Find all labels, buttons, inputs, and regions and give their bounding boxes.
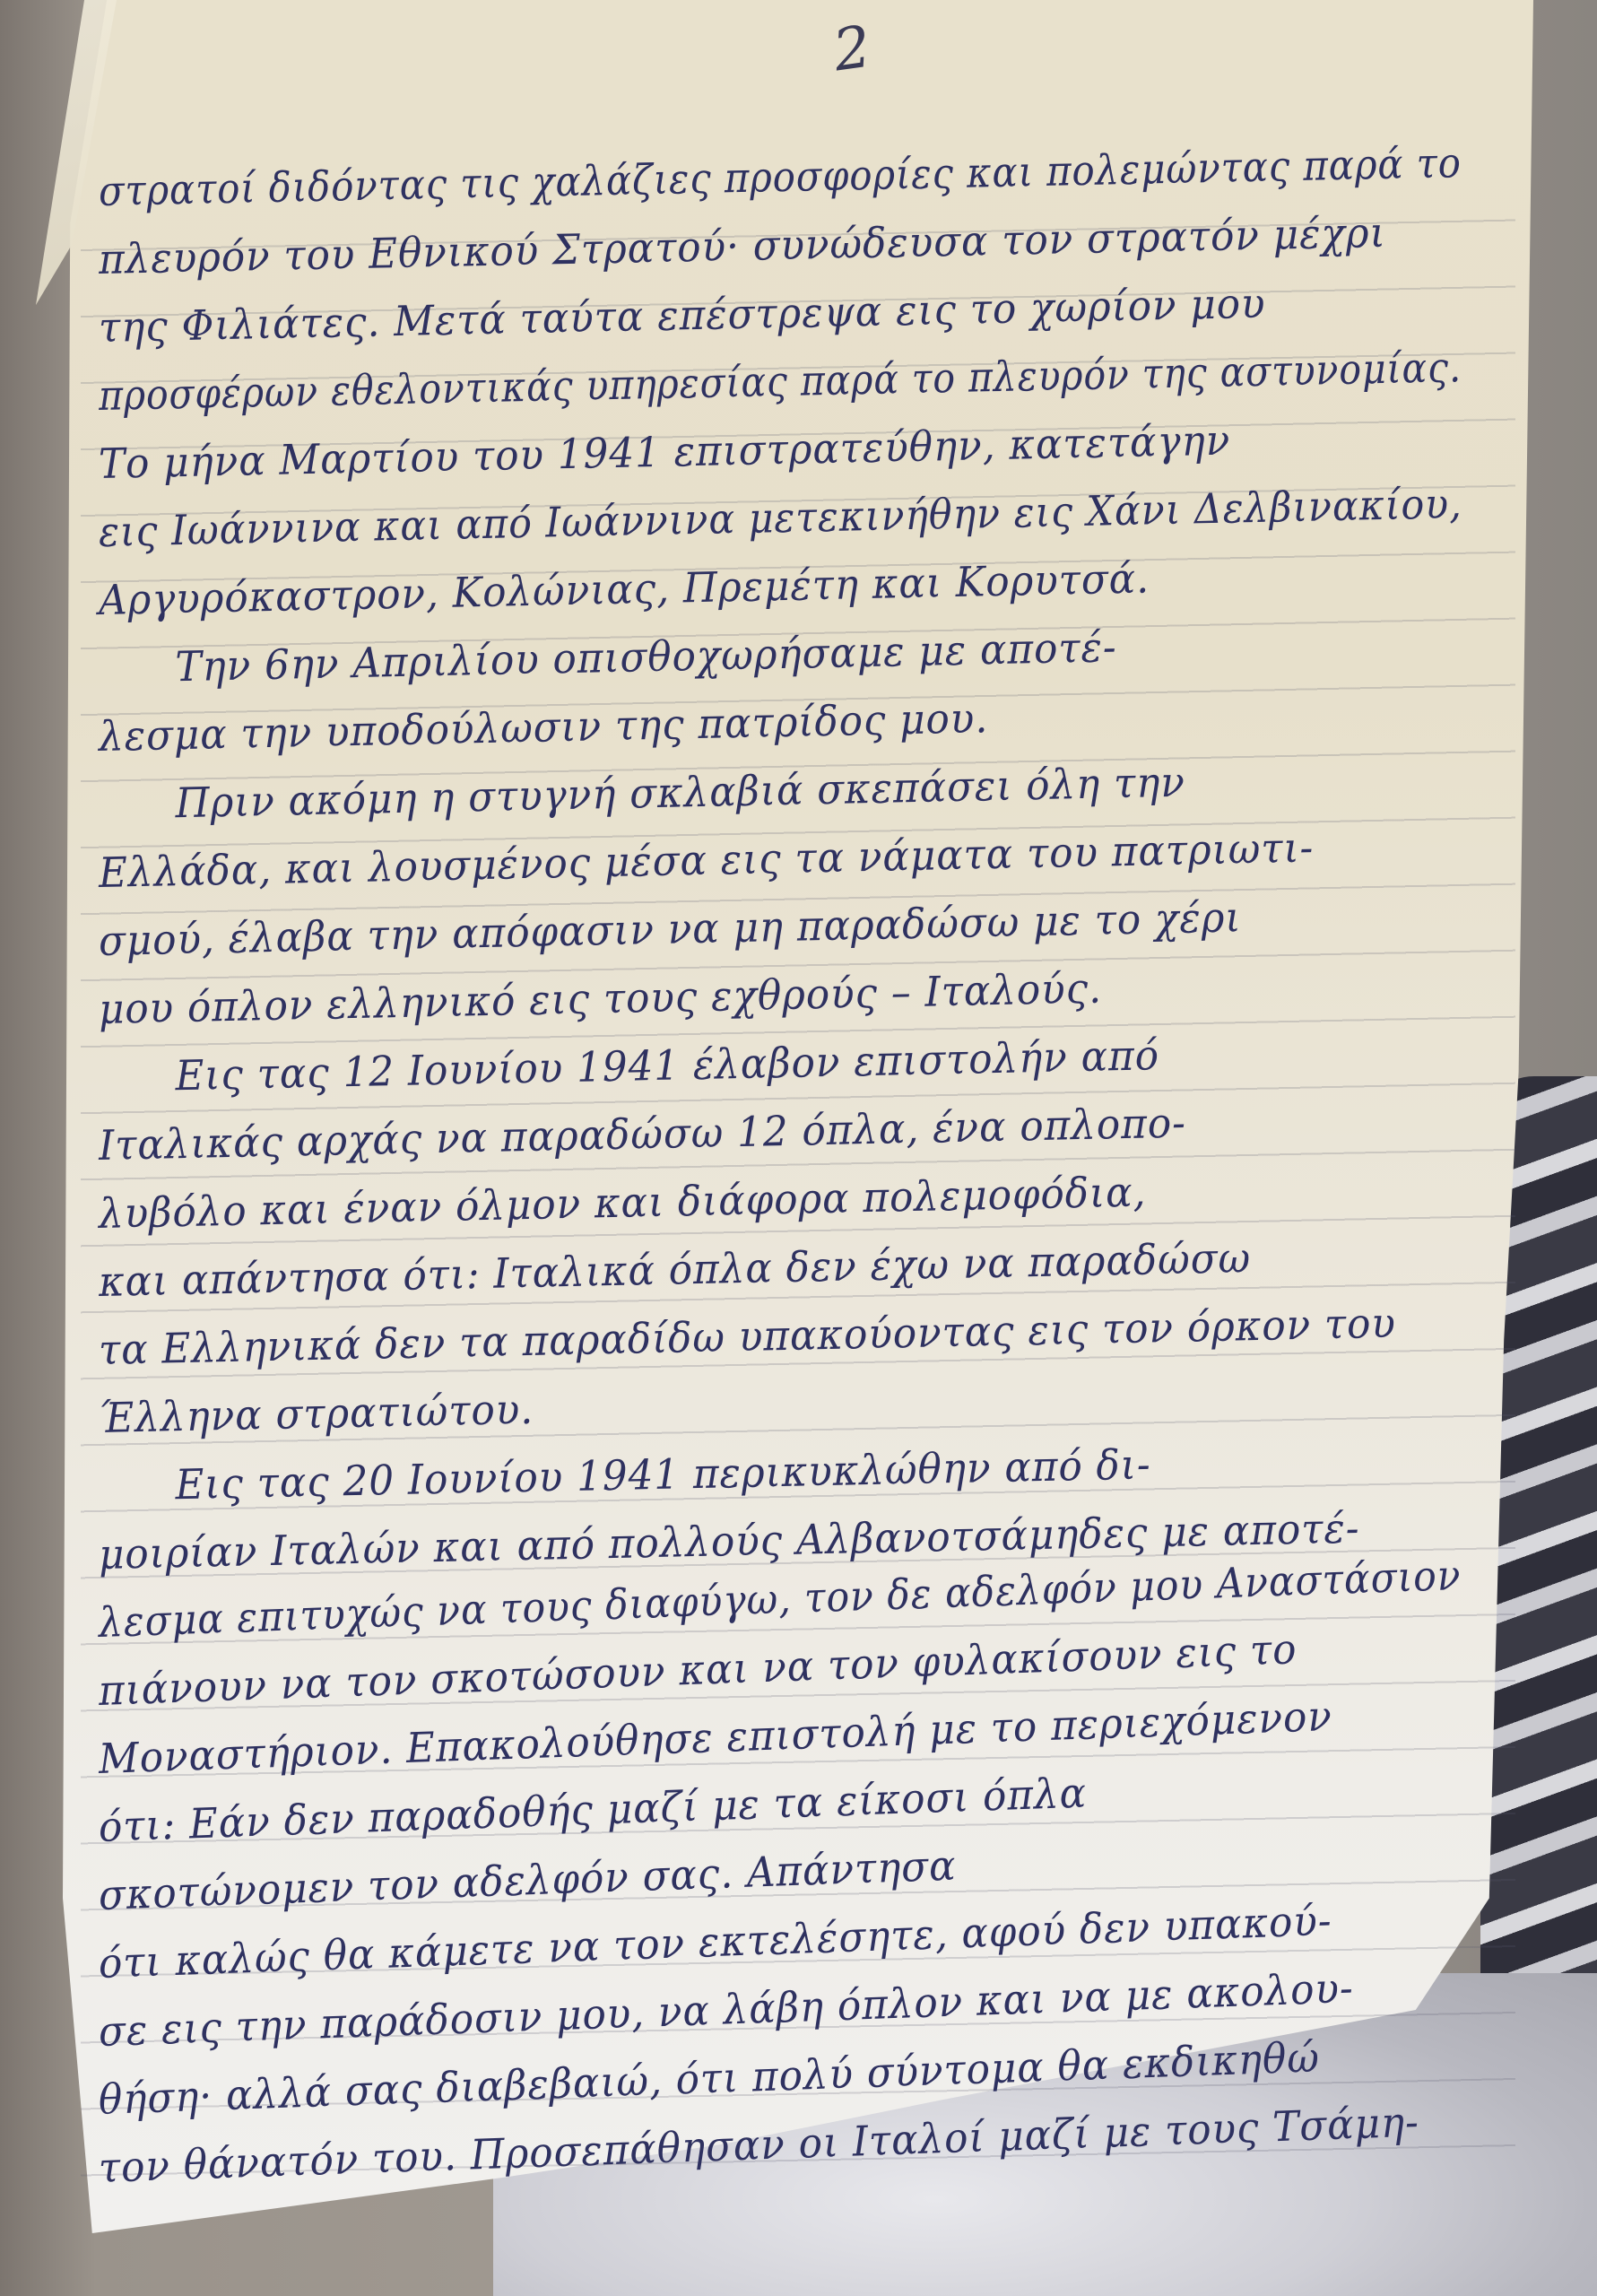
- handwritten-text: στρατοί διδόντας τις χαλάζιες προσφορίες…: [99, 157, 1533, 2202]
